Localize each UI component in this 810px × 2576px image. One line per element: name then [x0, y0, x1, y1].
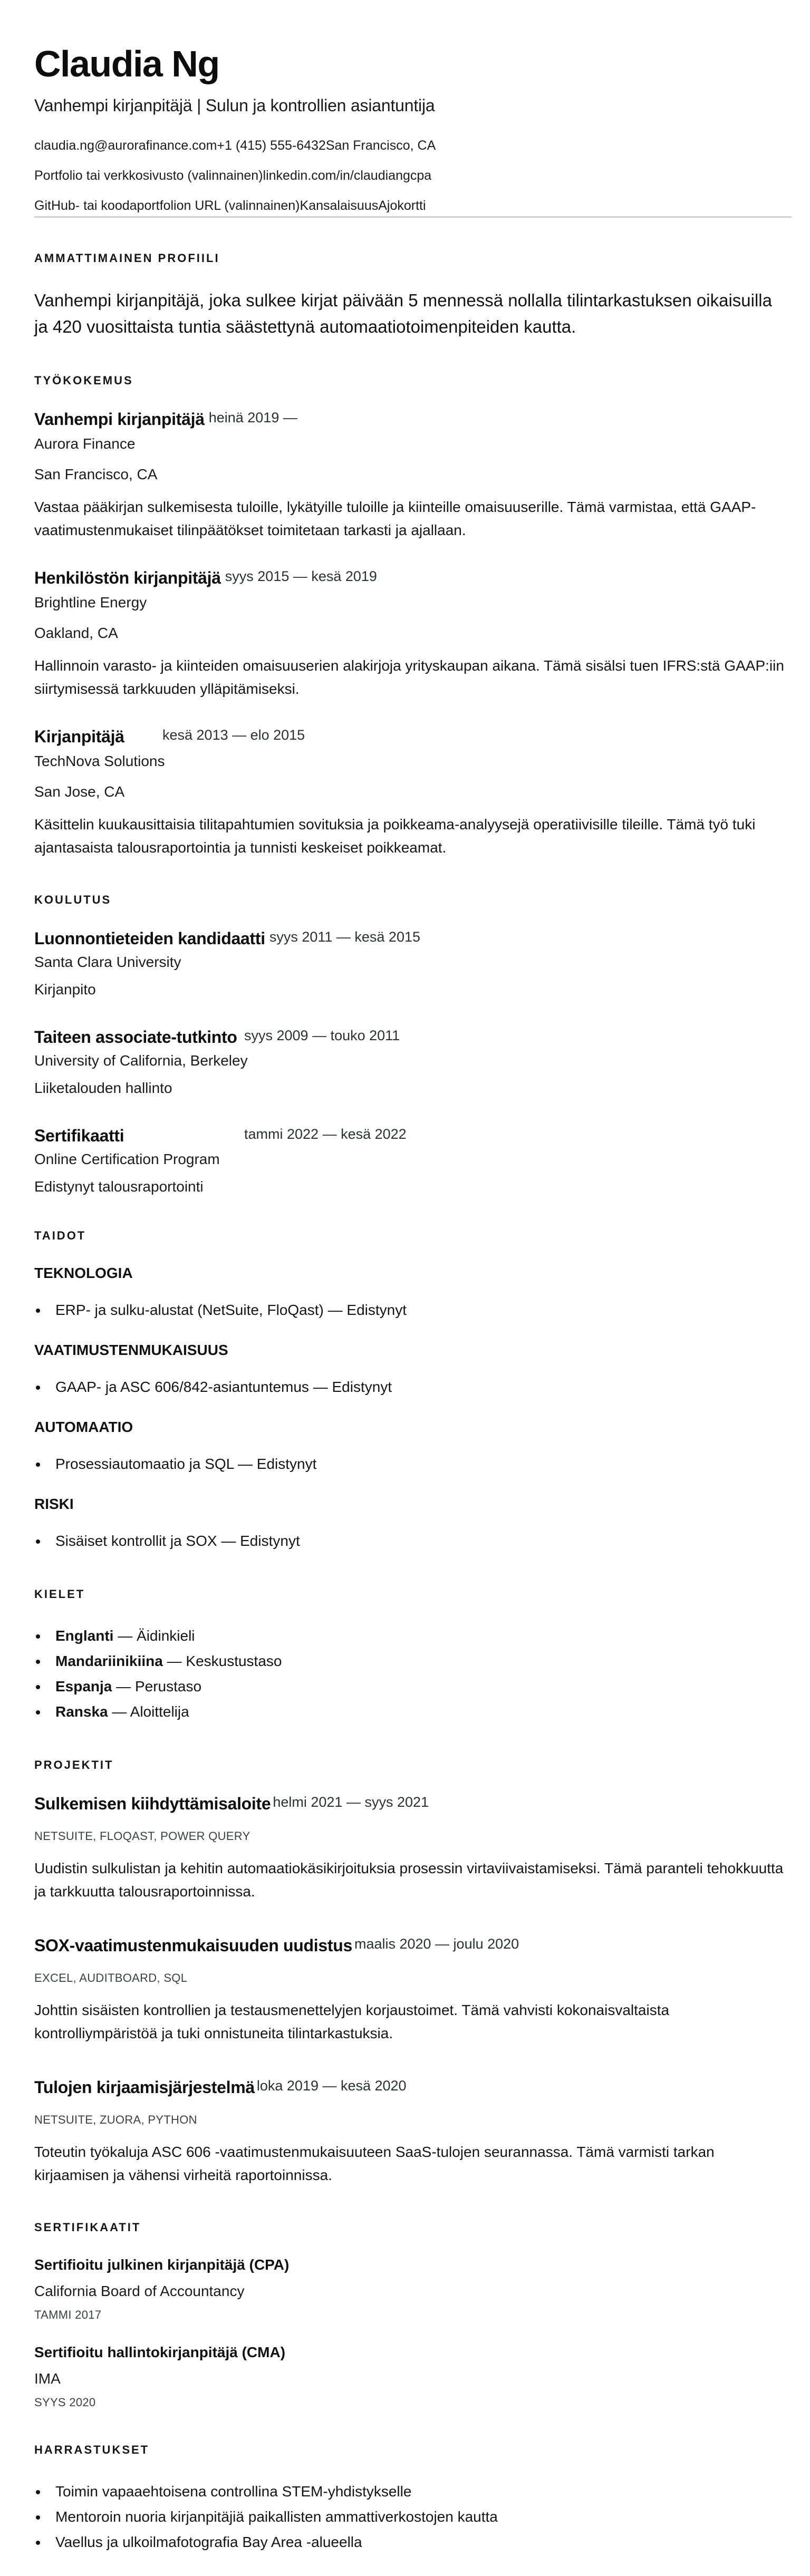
language-name: Espanja [55, 1678, 112, 1694]
section-title: KIELET [34, 1587, 791, 1601]
hobby-item: Vaellus ja ulkoilmafotografia Bay Area -… [34, 2530, 791, 2555]
experience-section: TYÖKOKEMUS Vanhempi kirjanpitäjä heinä 2… [34, 374, 791, 859]
job-title: Vanhempi kirjanpitäjä [34, 410, 205, 429]
hobby-item: Toimin vapaaehtoisena controllina STEM-y… [34, 2479, 791, 2504]
project-tags: NETSUITE, FLOQAST, POWER QUERY [34, 1829, 791, 1843]
section-title: KOULUTUS [34, 893, 791, 907]
profile-summary: Vanhempi kirjanpitäjä, joka sulkee kirja… [34, 287, 773, 340]
certification-issuer: IMA [34, 2370, 791, 2387]
contact-block: claudia.ng@aurorafinance.com+1 (415) 555… [34, 138, 791, 214]
language-name: Ranska [55, 1703, 108, 1720]
job-description: Hallinnoin varasto- ja kiinteiden omaisu… [34, 654, 791, 701]
project-name: Sulkemisen kiihdyttämisaloite [34, 1794, 271, 1814]
section-title: HARRASTUKSET [34, 2443, 791, 2457]
resume-header: Claudia Ng Vanhempi kirjanpitäjä | Sulun… [34, 45, 791, 218]
certification-date: TAMMI 2017 [34, 2308, 791, 2322]
language-level: — Perustaso [112, 1678, 201, 1694]
language-item: Ranska — Aloittelija [34, 1699, 791, 1725]
education-dates: syys 2009 — touko 2011 [244, 1028, 400, 1044]
education-entry: Taiteen associate-tutkinto syys 2009 — t… [34, 1028, 791, 1097]
school-name: Santa Clara University [34, 954, 791, 971]
school-name: Online Certification Program [34, 1151, 791, 1168]
skill-group: VAATIMUSTENMUKAISUUS GAAP- ja ASC 606/84… [34, 1342, 791, 1400]
degree-title: Sertifikaatti [34, 1126, 240, 1146]
experience-entry: Henkilöstön kirjanpitäjä syys 2015 — kes… [34, 568, 791, 701]
project-entry: SOX-vaatimustenmukaisuuden uudistus maal… [34, 1936, 791, 2045]
project-entry: Tulojen kirjaamisjärjestelmä loka 2019 —… [34, 2078, 791, 2187]
portfolio-link[interactable]: Portfolio tai verkkosivusto (valinnainen… [34, 168, 263, 183]
skill-item: GAAP- ja ASC 606/842-asiantuntemus — Edi… [34, 1374, 791, 1400]
hobby-item: Mentoroin nuoria kirjanpitäjiä paikallis… [34, 2504, 791, 2530]
language-name: Englanti [55, 1628, 113, 1644]
certification-date: SYYS 2020 [34, 2396, 791, 2409]
languages-section: KIELET Englanti — Äidinkieli Mandariinik… [34, 1587, 791, 1725]
github-link[interactable]: GitHub- tai koodaportfolion URL (valinna… [34, 198, 300, 213]
certification-name: Sertifioitu hallintokirjanpitäjä (CMA) [34, 2344, 791, 2361]
company-name: TechNova Solutions [34, 753, 791, 770]
citizenship: Kansalaisuus [300, 198, 379, 213]
language-item: Englanti — Äidinkieli [34, 1623, 791, 1649]
experience-entry: Vanhempi kirjanpitäjä heinä 2019 — Auror… [34, 410, 791, 542]
skill-group-title: TEKNOLOGIA [34, 1265, 791, 1282]
education-section: KOULUTUS Luonnontieteiden kandidaatti sy… [34, 893, 791, 1195]
email-link[interactable]: claudia.ng@aurorafinance.com [34, 138, 217, 153]
language-item: Mandariinikiina — Keskustustaso [34, 1649, 791, 1674]
certification-issuer: California Board of Accountancy [34, 2283, 791, 2300]
skill-item: Prosessiautomaatio ja SQL — Edistynyt [34, 1451, 791, 1477]
contact-row-extra: GitHub- tai koodaportfolion URL (valinna… [34, 198, 791, 214]
language-level: — Keskustustaso [163, 1653, 282, 1669]
contact-row-links: Portfolio tai verkkosivusto (valinnainen… [34, 168, 791, 183]
project-tags: EXCEL, AUDITBOARD, SQL [34, 1971, 791, 1985]
skills-section: TAIDOT TEKNOLOGIA ERP- ja sulku-alustat … [34, 1229, 791, 1554]
skill-group: TEKNOLOGIA ERP- ja sulku-alustat (NetSui… [34, 1265, 791, 1323]
project-entry: Sulkemisen kiihdyttämisaloite helmi 2021… [34, 1794, 791, 1903]
section-title: TAIDOT [34, 1229, 791, 1243]
language-item: Espanja — Perustaso [34, 1674, 791, 1699]
company-name: Brightline Energy [34, 594, 791, 611]
skill-group-title: VAATIMUSTENMUKAISUUS [34, 1342, 791, 1359]
job-location: Oakland, CA [34, 625, 791, 642]
job-description: Käsittelin kuukausittaisia tilitapahtumi… [34, 813, 791, 859]
resume-page: Claudia Ng Vanhempi kirjanpitäjä | Sulun… [0, 0, 810, 2576]
header-divider [34, 216, 792, 218]
project-description: Toteutin työkaluja ASC 606 -vaatimustenm… [34, 2141, 791, 2187]
project-tags: NETSUITE, ZUORA, PYTHON [34, 2113, 791, 2127]
company-name: Aurora Finance [34, 435, 791, 452]
skill-group: AUTOMAATIO Prosessiautomaatio ja SQL — E… [34, 1419, 791, 1477]
language-name: Mandariinikiina [55, 1653, 163, 1669]
project-description: Johttin sisäisten kontrollien ja testaus… [34, 1999, 791, 2045]
skill-item: ERP- ja sulku-alustat (NetSuite, FloQast… [34, 1297, 791, 1323]
skill-group-title: AUTOMAATIO [34, 1419, 791, 1436]
job-description: Vastaa pääkirjan sulkemisesta tuloille, … [34, 496, 791, 542]
education-entry: Luonnontieteiden kandidaatti syys 2011 —… [34, 929, 791, 998]
section-title: TYÖKOKEMUS [34, 374, 791, 388]
profile-section: AMMATTIMAINEN PROFIILI Vanhempi kirjanpi… [34, 251, 791, 340]
skill-item: Sisäiset kontrollit ja SOX — Edistynyt [34, 1528, 791, 1554]
education-entry: Sertifikaatti tammi 2022 — kesä 2022 Onl… [34, 1126, 791, 1195]
candidate-name: Claudia Ng [34, 45, 791, 82]
job-dates: kesä 2013 — elo 2015 [162, 727, 305, 743]
project-dates: maalis 2020 — joulu 2020 [354, 1936, 519, 1952]
field-of-study: Kirjanpito [34, 981, 791, 998]
job-title: Kirjanpitäjä [34, 727, 158, 747]
section-title: PROJEKTIT [34, 1758, 791, 1772]
project-name: SOX-vaatimustenmukaisuuden uudistus [34, 1936, 352, 1955]
language-level: — Aloittelija [108, 1703, 189, 1720]
field-of-study: Edistynyt talousraportointi [34, 1178, 791, 1195]
job-title: Henkilöstön kirjanpitäjä [34, 568, 221, 588]
experience-entry: Kirjanpitäjä kesä 2013 — elo 2015 TechNo… [34, 727, 791, 859]
education-dates: tammi 2022 — kesä 2022 [244, 1126, 407, 1142]
project-dates: loka 2019 — kesä 2020 [257, 2078, 407, 2094]
project-name: Tulojen kirjaamisjärjestelmä [34, 2078, 255, 2097]
hobbies-section: HARRASTUKSET Toimin vapaaehtoisena contr… [34, 2443, 791, 2555]
linkedin-link[interactable]: linkedin.com/in/claudiangcpa [263, 168, 432, 183]
job-location: San Francisco, CA [34, 466, 791, 483]
section-title: SERTIFIKAATIT [34, 2221, 791, 2234]
headline: Vanhempi kirjanpitäjä | Sulun ja kontrol… [34, 96, 791, 115]
degree-title: Luonnontieteiden kandidaatti [34, 929, 265, 948]
drivers-license: Ajokortti [378, 198, 426, 213]
phone-number[interactable]: +1 (415) 555-6432 [217, 138, 325, 153]
section-title: AMMATTIMAINEN PROFIILI [34, 251, 791, 265]
project-description: Uudistin sulkulistan ja kehitin automaat… [34, 1857, 791, 1903]
job-location: San Jose, CA [34, 783, 791, 800]
certification-entry: Sertifioitu julkinen kirjanpitäjä (CPA) … [34, 2257, 791, 2322]
school-name: University of California, Berkeley [34, 1052, 791, 1069]
skill-group-title: RISKI [34, 1496, 791, 1513]
skill-group: RISKI Sisäiset kontrollit ja SOX — Edist… [34, 1496, 791, 1554]
projects-section: PROJEKTIT Sulkemisen kiihdyttämisaloite … [34, 1758, 791, 2187]
education-dates: syys 2011 — kesä 2015 [269, 929, 420, 945]
language-level: — Äidinkieli [113, 1628, 195, 1644]
contact-row-primary: claudia.ng@aurorafinance.com+1 (415) 555… [34, 138, 791, 153]
location: San Francisco, CA [326, 138, 436, 153]
certifications-section: SERTIFIKAATIT Sertifioitu julkinen kirja… [34, 2221, 791, 2409]
job-dates: syys 2015 — kesä 2019 [225, 568, 377, 585]
certification-entry: Sertifioitu hallintokirjanpitäjä (CMA) I… [34, 2344, 791, 2409]
degree-title: Taiteen associate-tutkinto [34, 1028, 240, 1047]
certification-name: Sertifioitu julkinen kirjanpitäjä (CPA) [34, 2257, 791, 2273]
field-of-study: Liiketalouden hallinto [34, 1080, 791, 1097]
job-dates: heinä 2019 — [209, 410, 297, 426]
project-dates: helmi 2021 — syys 2021 [273, 1794, 429, 1810]
